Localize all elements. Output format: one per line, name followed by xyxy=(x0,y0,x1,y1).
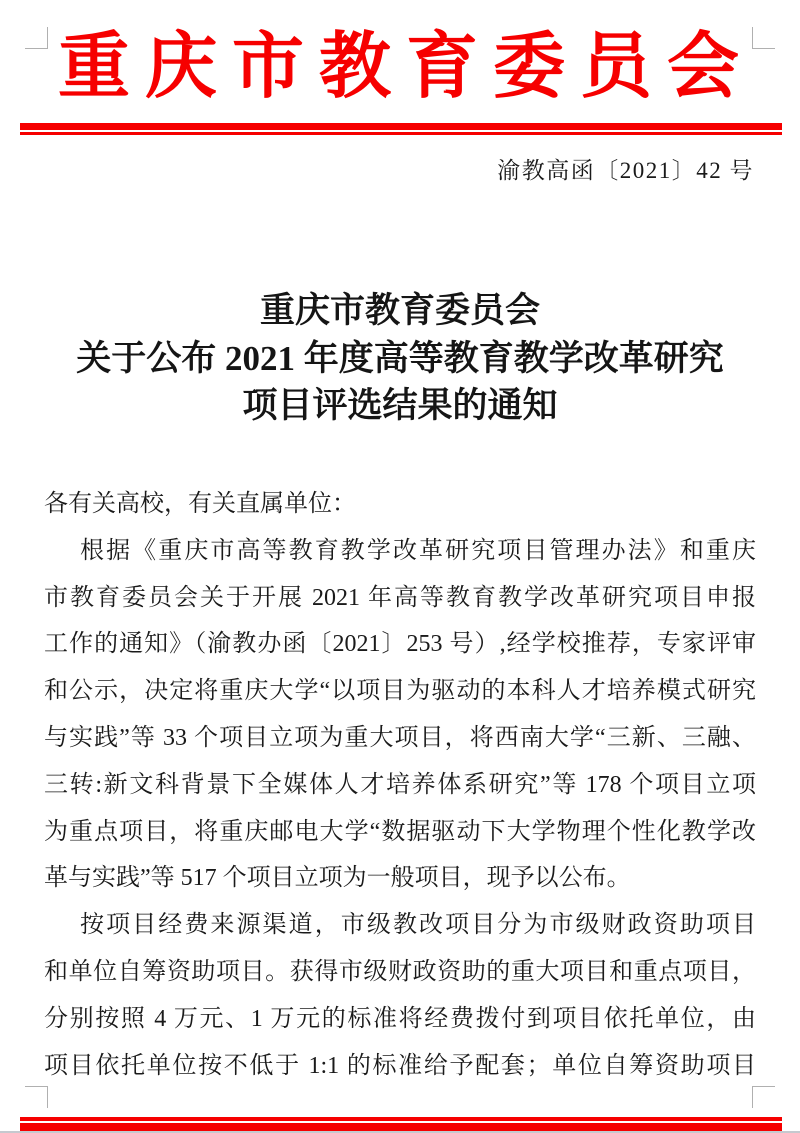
body-line: 和公示，决定将重庆大学“以项目为驱动的本科人才培养模式研究 xyxy=(44,668,756,715)
text-boundary-mark-top-right xyxy=(752,27,775,49)
letterhead-agency-name: 重庆市教育委员会 xyxy=(58,24,754,110)
letterhead-rule-thick xyxy=(20,123,782,130)
notice-title: 重庆市教育委员会 关于公布 2021 年度高等教育教学改革研究 项目评选结果的通… xyxy=(0,287,800,430)
body-salutation: 各有关高校，有关直属单位： xyxy=(44,481,756,528)
document-page: 重庆市教育委员会 渝教高函〔2021〕42 号 重庆市教育委员会 关于公布 20… xyxy=(0,0,800,1133)
page: { "colors": { "accent_red": "#f60000", "… xyxy=(0,0,800,1133)
body-line: 为重点项目，将重庆邮电大学“数据驱动下大学物理个性化教学改 xyxy=(44,809,756,856)
notice-title-line-3: 项目评选结果的通知 xyxy=(0,382,800,430)
body-line: 市教育委员会关于开展 2021 年高等教育教学改革研究项目申报 xyxy=(44,575,756,622)
text-boundary-mark-top-left xyxy=(25,27,48,49)
notice-title-line-2: 关于公布 2021 年度高等教育教学改革研究 xyxy=(0,335,800,383)
body-line: 工作的通知》（渝教办函〔2021〕253 号）,经学校推荐，专家评审 xyxy=(44,621,756,668)
body-line: 项目依托单位按不低于 1:1 的标准给予配套；单位自筹资助项目 xyxy=(44,1043,756,1090)
body-line: 按项目经费来源渠道，市级教改项目分为市级财政资助项目 xyxy=(44,902,756,949)
letterhead-rule-thin xyxy=(20,132,782,135)
body-line: 三转:新文科背景下全媒体人才培养体系研究”等 178 个项目立项 xyxy=(44,762,756,809)
body-line: 和单位自筹资助项目。获得市级财政资助的重大项目和重点项目， xyxy=(44,949,756,996)
next-page-rule-thick xyxy=(20,1123,782,1131)
body-line: 根据《重庆市高等教育教学改革研究项目管理办法》和重庆 xyxy=(44,528,756,575)
next-page-rule-thin xyxy=(20,1117,782,1121)
body-line: 与实践”等 33 个项目立项为重大项目，将西南大学“三新、三融、 xyxy=(44,715,756,762)
body-line: 革与实践”等 517 个项目立项为一般项目，现予以公布。 xyxy=(44,855,756,902)
body-line: 分别按照 4 万元、1 万元的标准将经费拨付到项目依托单位，由 xyxy=(44,996,756,1043)
document-number: 渝教高函〔2021〕42 号 xyxy=(497,156,754,186)
notice-title-line-1: 重庆市教育委员会 xyxy=(0,287,800,335)
notice-body: 各有关高校，有关直属单位： 根据《重庆市高等教育教学改革研究项目管理办法》和重庆… xyxy=(44,481,756,1089)
